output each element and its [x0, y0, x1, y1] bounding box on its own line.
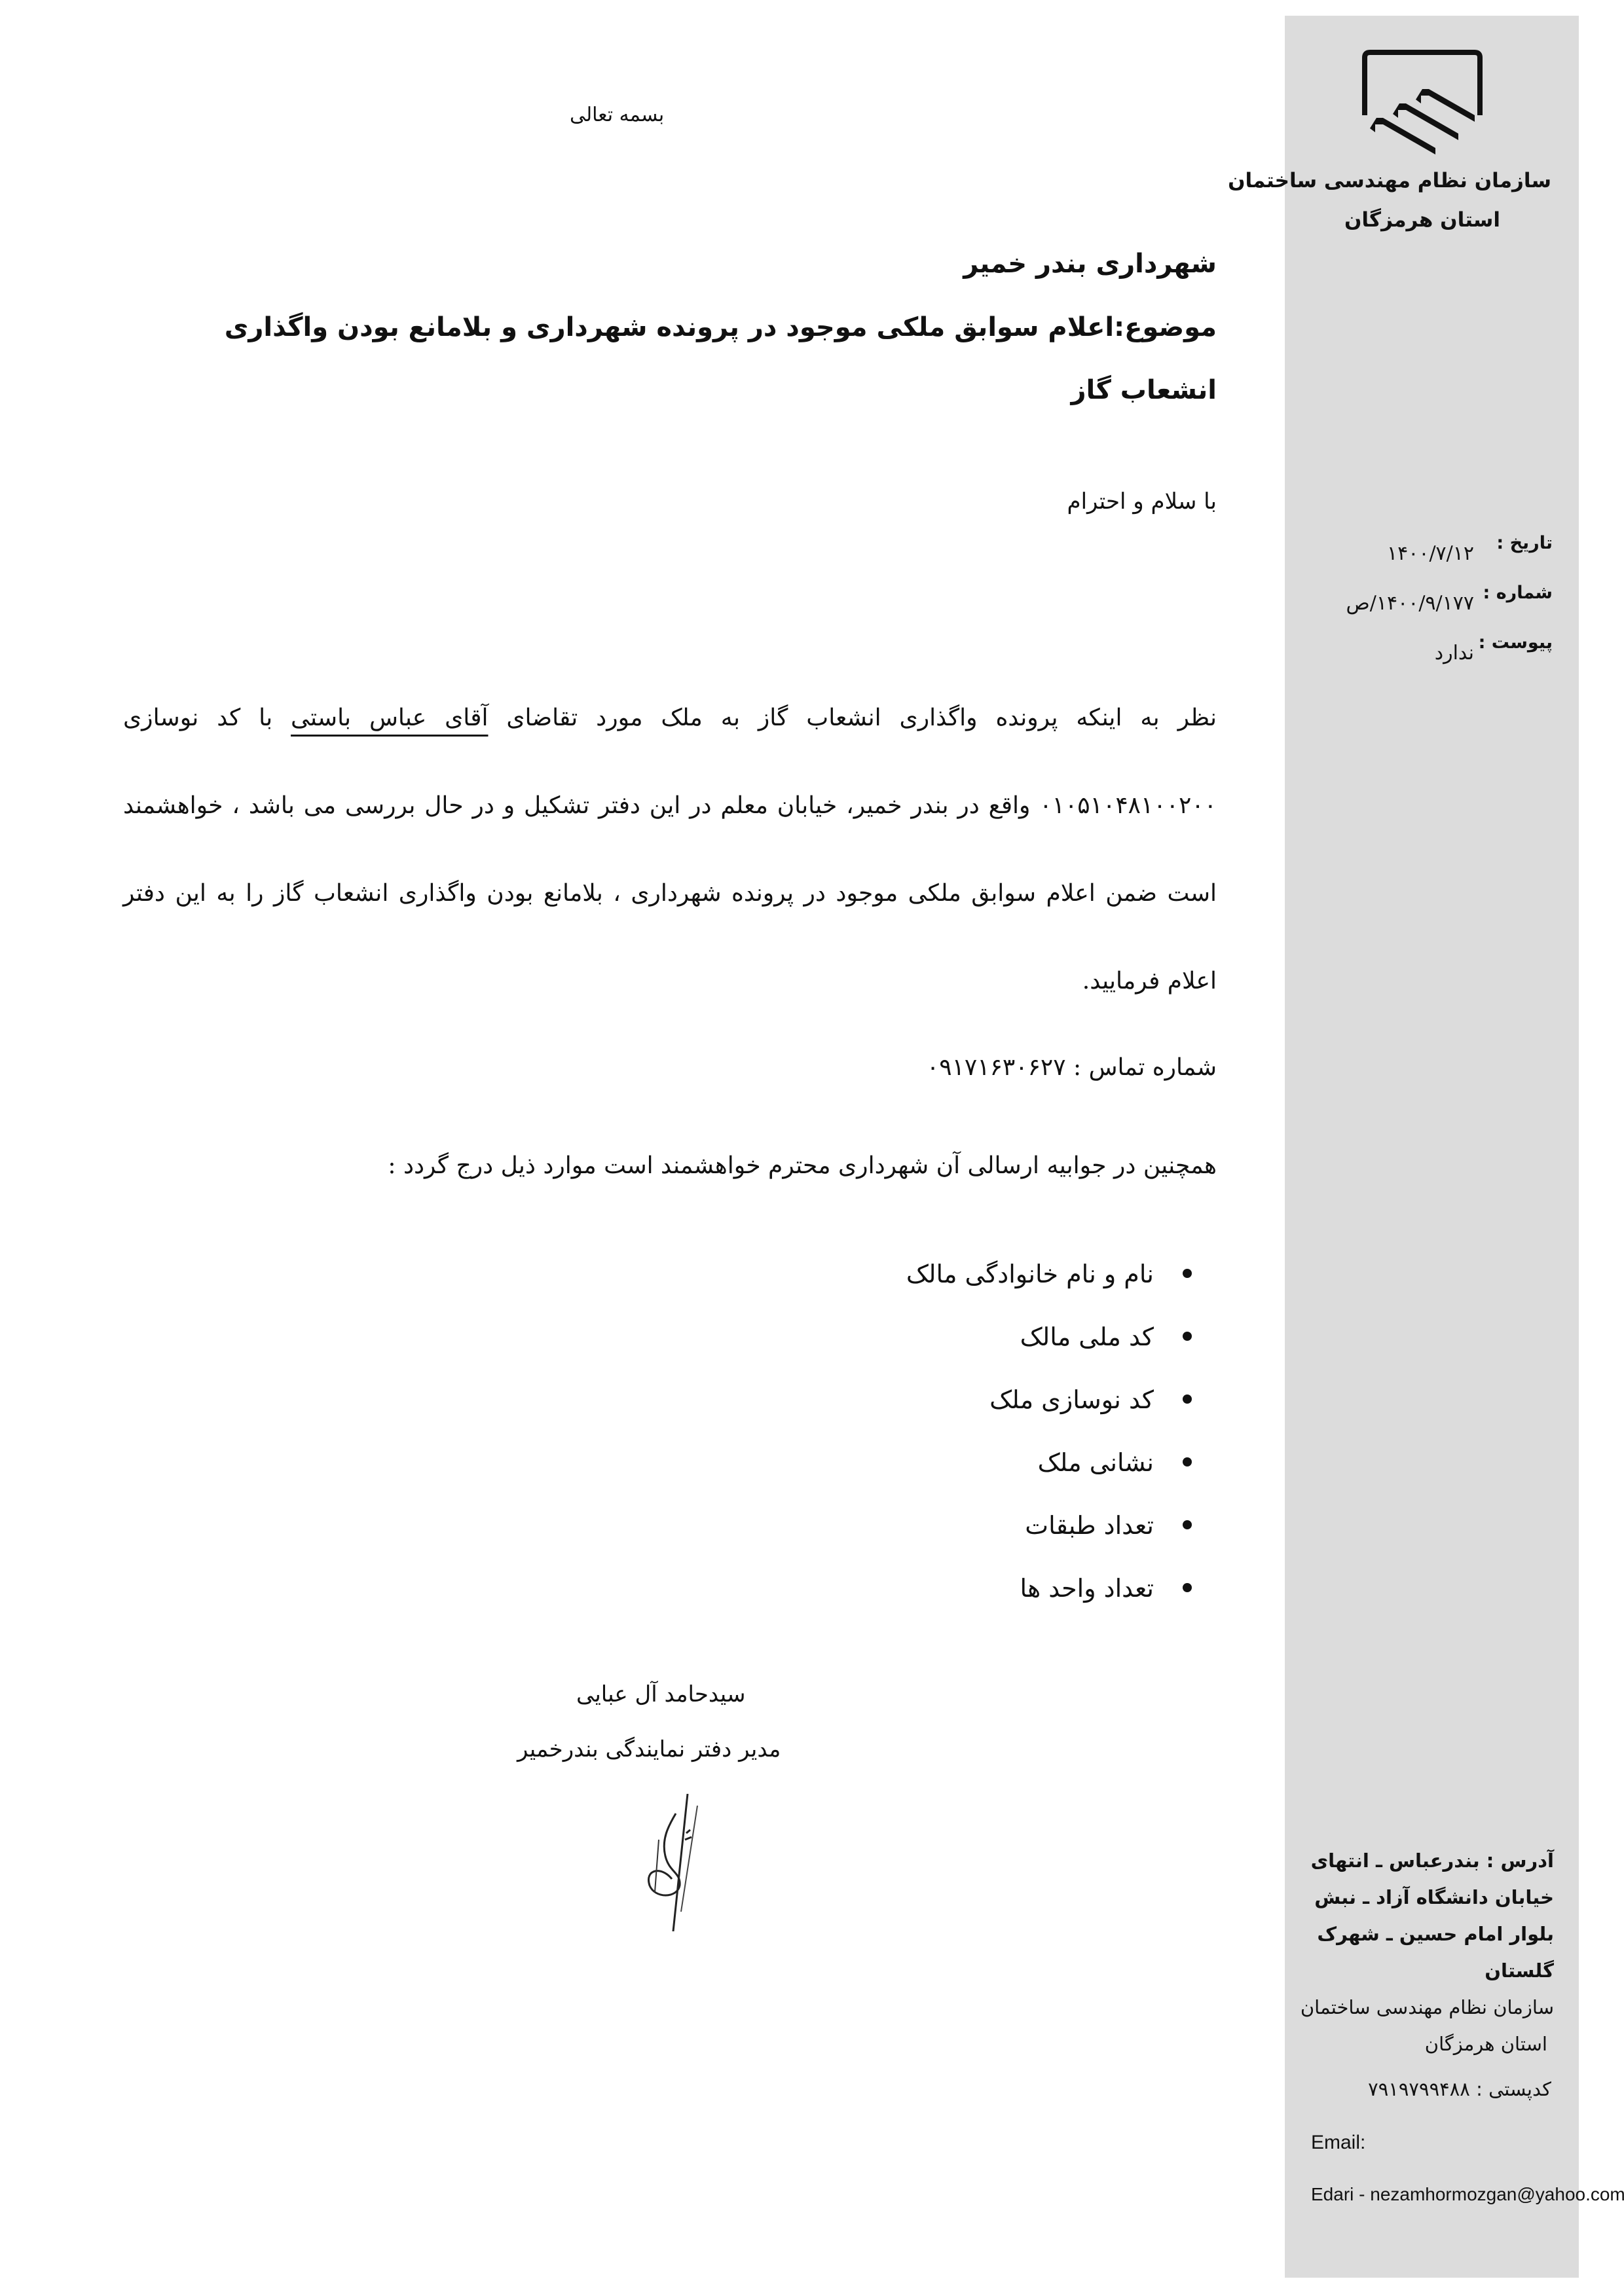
email-address[interactable]: Edari - nezamhormozgan@yahoo.com [1311, 2184, 1624, 2205]
list-item: تعداد طبقات [906, 1494, 1192, 1557]
list-item: نشانی ملک [906, 1431, 1192, 1494]
organization-name: سازمان نظام مهندسی ساختمان [1276, 161, 1551, 200]
list-item: نام و نام خانوادگی مالک [906, 1243, 1192, 1305]
letter-number-row: شماره : ۱۴۰۰/۹/۱۷۷/ص [1278, 583, 1553, 622]
applicant-name: آقای عباس باستی [291, 704, 488, 731]
handwritten-signature-icon [635, 1794, 714, 1931]
greeting: با سلام و احترام [1067, 488, 1217, 515]
email-label: Email: [1311, 2132, 1365, 2154]
recipient: شهرداری بندر خمیر [963, 249, 1217, 279]
letter-number-value: ۱۴۰۰/۹/۱۷۷/ص [1346, 592, 1474, 615]
attachment-label: پیوست : [1479, 632, 1553, 653]
address-organization: سازمان نظام مهندسی ساختمان [1279, 1989, 1554, 2026]
list-item-text: تعداد طبقات [1025, 1511, 1154, 1540]
list-item-text: نشانی ملک [1038, 1448, 1154, 1477]
address-line: بلوار امام حسین ـ شهرک [1279, 1916, 1554, 1952]
bullet-icon [1183, 1520, 1192, 1529]
attachment-value: ندارد [1435, 642, 1474, 665]
contact-number: شماره تماس : ۰۹۱۷۱۶۳۰۶۲۷ [927, 1054, 1217, 1081]
address-line: گلستان [1279, 1952, 1554, 1989]
bullet-icon [1183, 1394, 1192, 1404]
signer-title: مدیر دفتر نمایندگی بندرخمیر [517, 1736, 781, 1762]
list-item-text: تعداد واحد ها [1020, 1574, 1154, 1603]
address-line: خیابان دانشگاه آزاد ـ نبش [1279, 1879, 1554, 1916]
address-line: آدرس : بندرعباس ـ انتهای [1279, 1842, 1554, 1879]
bullet-icon [1183, 1269, 1192, 1278]
date-value: ۱۴۰۰/۷/۱۲ [1387, 542, 1474, 565]
date-label: تاریخ : [1496, 533, 1553, 553]
signer-name: سیدحامد آل عبایی [576, 1681, 746, 1707]
bullet-icon [1183, 1457, 1192, 1467]
address-province: استان هرمزگان [1279, 2026, 1554, 2062]
request-intro: همچنین در جوابیه ارسالی آن شهرداری محترم… [388, 1152, 1217, 1179]
bullet-icon [1183, 1332, 1192, 1341]
letterhead-sidebar: سازمان نظام مهندسی ساختمان استان هرمزگان… [1285, 16, 1579, 2278]
list-item-text: کد نوسازی ملک [989, 1385, 1154, 1414]
subject-line: موضوع:اعلام سوابق ملکی موجود در پرونده ش… [130, 296, 1217, 422]
date-row: تاریخ : ۱۴۰۰/۷/۱۲ [1278, 533, 1553, 572]
required-items-list: نام و نام خانوادگی مالک کد ملی مالک کد ن… [906, 1243, 1192, 1620]
list-item: کد ملی مالک [906, 1305, 1192, 1368]
organization-province: استان هرمزگان [1344, 200, 1500, 240]
list-item: تعداد واحد ها [906, 1557, 1192, 1620]
letter-body-paragraph: نظر به اینکه پرونده واگذاری انشعاب گاز ب… [123, 674, 1217, 1025]
body-text: با کد نوسازی ۰۱۰۵۱۰۴۸۱۰۰۲۰۰ واقع در بندر… [123, 704, 1217, 994]
organization-address: آدرس : بندرعباس ـ انتهای خیابان دانشگاه … [1279, 1842, 1554, 2062]
engineering-organization-logo-icon [1357, 50, 1488, 155]
letter-number-label: شماره : [1483, 583, 1553, 603]
list-item-text: کد ملی مالک [1020, 1322, 1154, 1351]
list-item: کد نوسازی ملک [906, 1368, 1192, 1431]
body-text: نظر به اینکه پرونده واگذاری انشعاب گاز ب… [488, 704, 1217, 731]
bullet-icon [1183, 1583, 1192, 1592]
postal-code: کدپستی : ۷۹۱۹۷۹۹۴۸۸ [1368, 2078, 1551, 2100]
attachment-row: پیوست : ندارد [1278, 632, 1553, 672]
basmala-header: بسمه تعالی [570, 103, 664, 126]
list-item-text: نام و نام خانوادگی مالک [906, 1260, 1154, 1288]
